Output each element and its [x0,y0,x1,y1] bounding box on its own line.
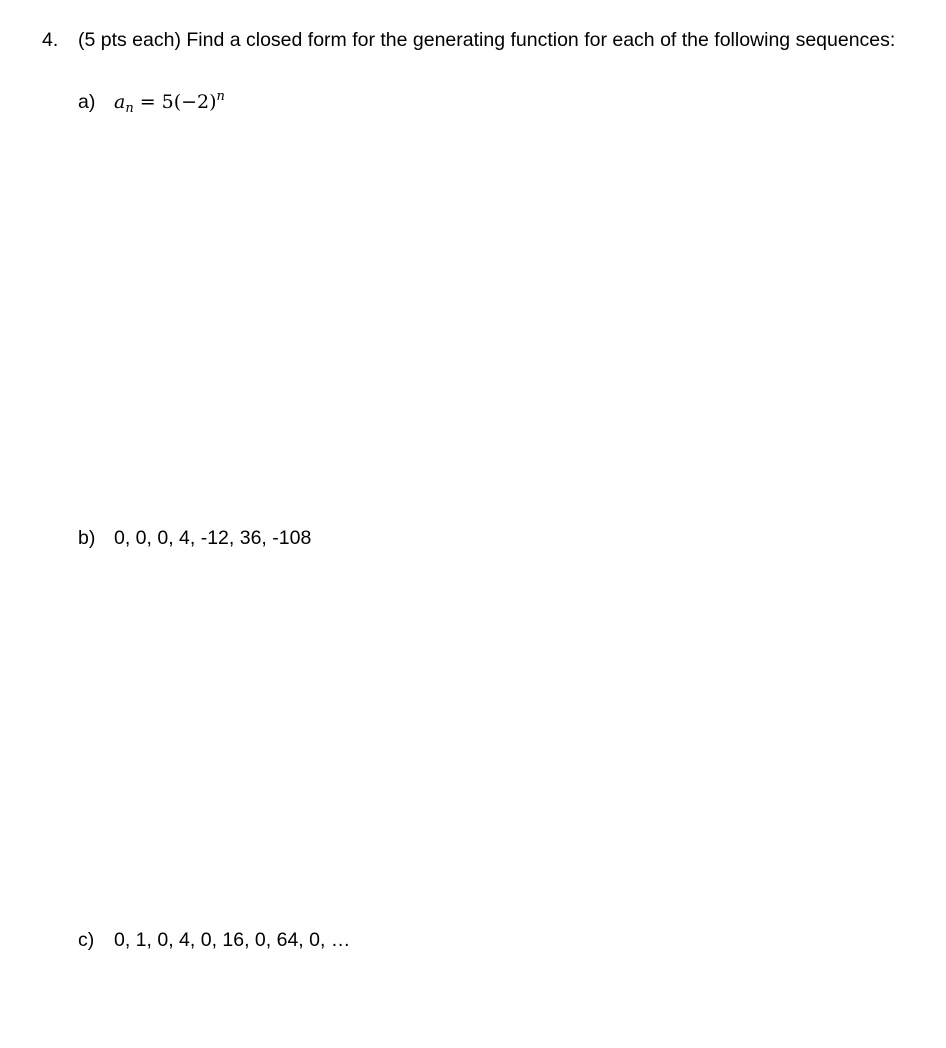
part-a-label: a) [78,88,114,116]
part-a: a)an=5(−2)n [78,83,225,123]
question-number: 4. [42,26,78,54]
part-b-label: b) [78,524,114,552]
question-header: 4.(5 pts each) Find a closed form for th… [42,26,895,54]
formula-exponent: n [217,89,225,104]
answer-space-a [78,125,918,515]
answer-space-c [78,968,918,1038]
answer-space-b [78,565,918,915]
formula-variable: a [114,91,125,113]
part-c-label: c) [78,926,114,954]
question-prompt: (5 pts each) Find a closed form for the … [78,26,895,54]
part-b-sequence: 0, 0, 0, 4, -12, 36, -108 [114,524,311,552]
formula-subscript: n [125,101,133,116]
part-c: c)0, 1, 0, 4, 0, 16, 0, 64, 0, … [78,926,350,954]
formula-rhs: 5(−2) [162,91,217,113]
formula-equals: = [134,91,162,113]
part-a-formula: an=5(−2)n [114,83,225,123]
part-b: b)0, 0, 0, 4, -12, 36, -108 [78,524,311,552]
part-c-sequence: 0, 1, 0, 4, 0, 16, 0, 64, 0, … [114,926,350,954]
document-page: 4.(5 pts each) Find a closed form for th… [0,0,946,1048]
